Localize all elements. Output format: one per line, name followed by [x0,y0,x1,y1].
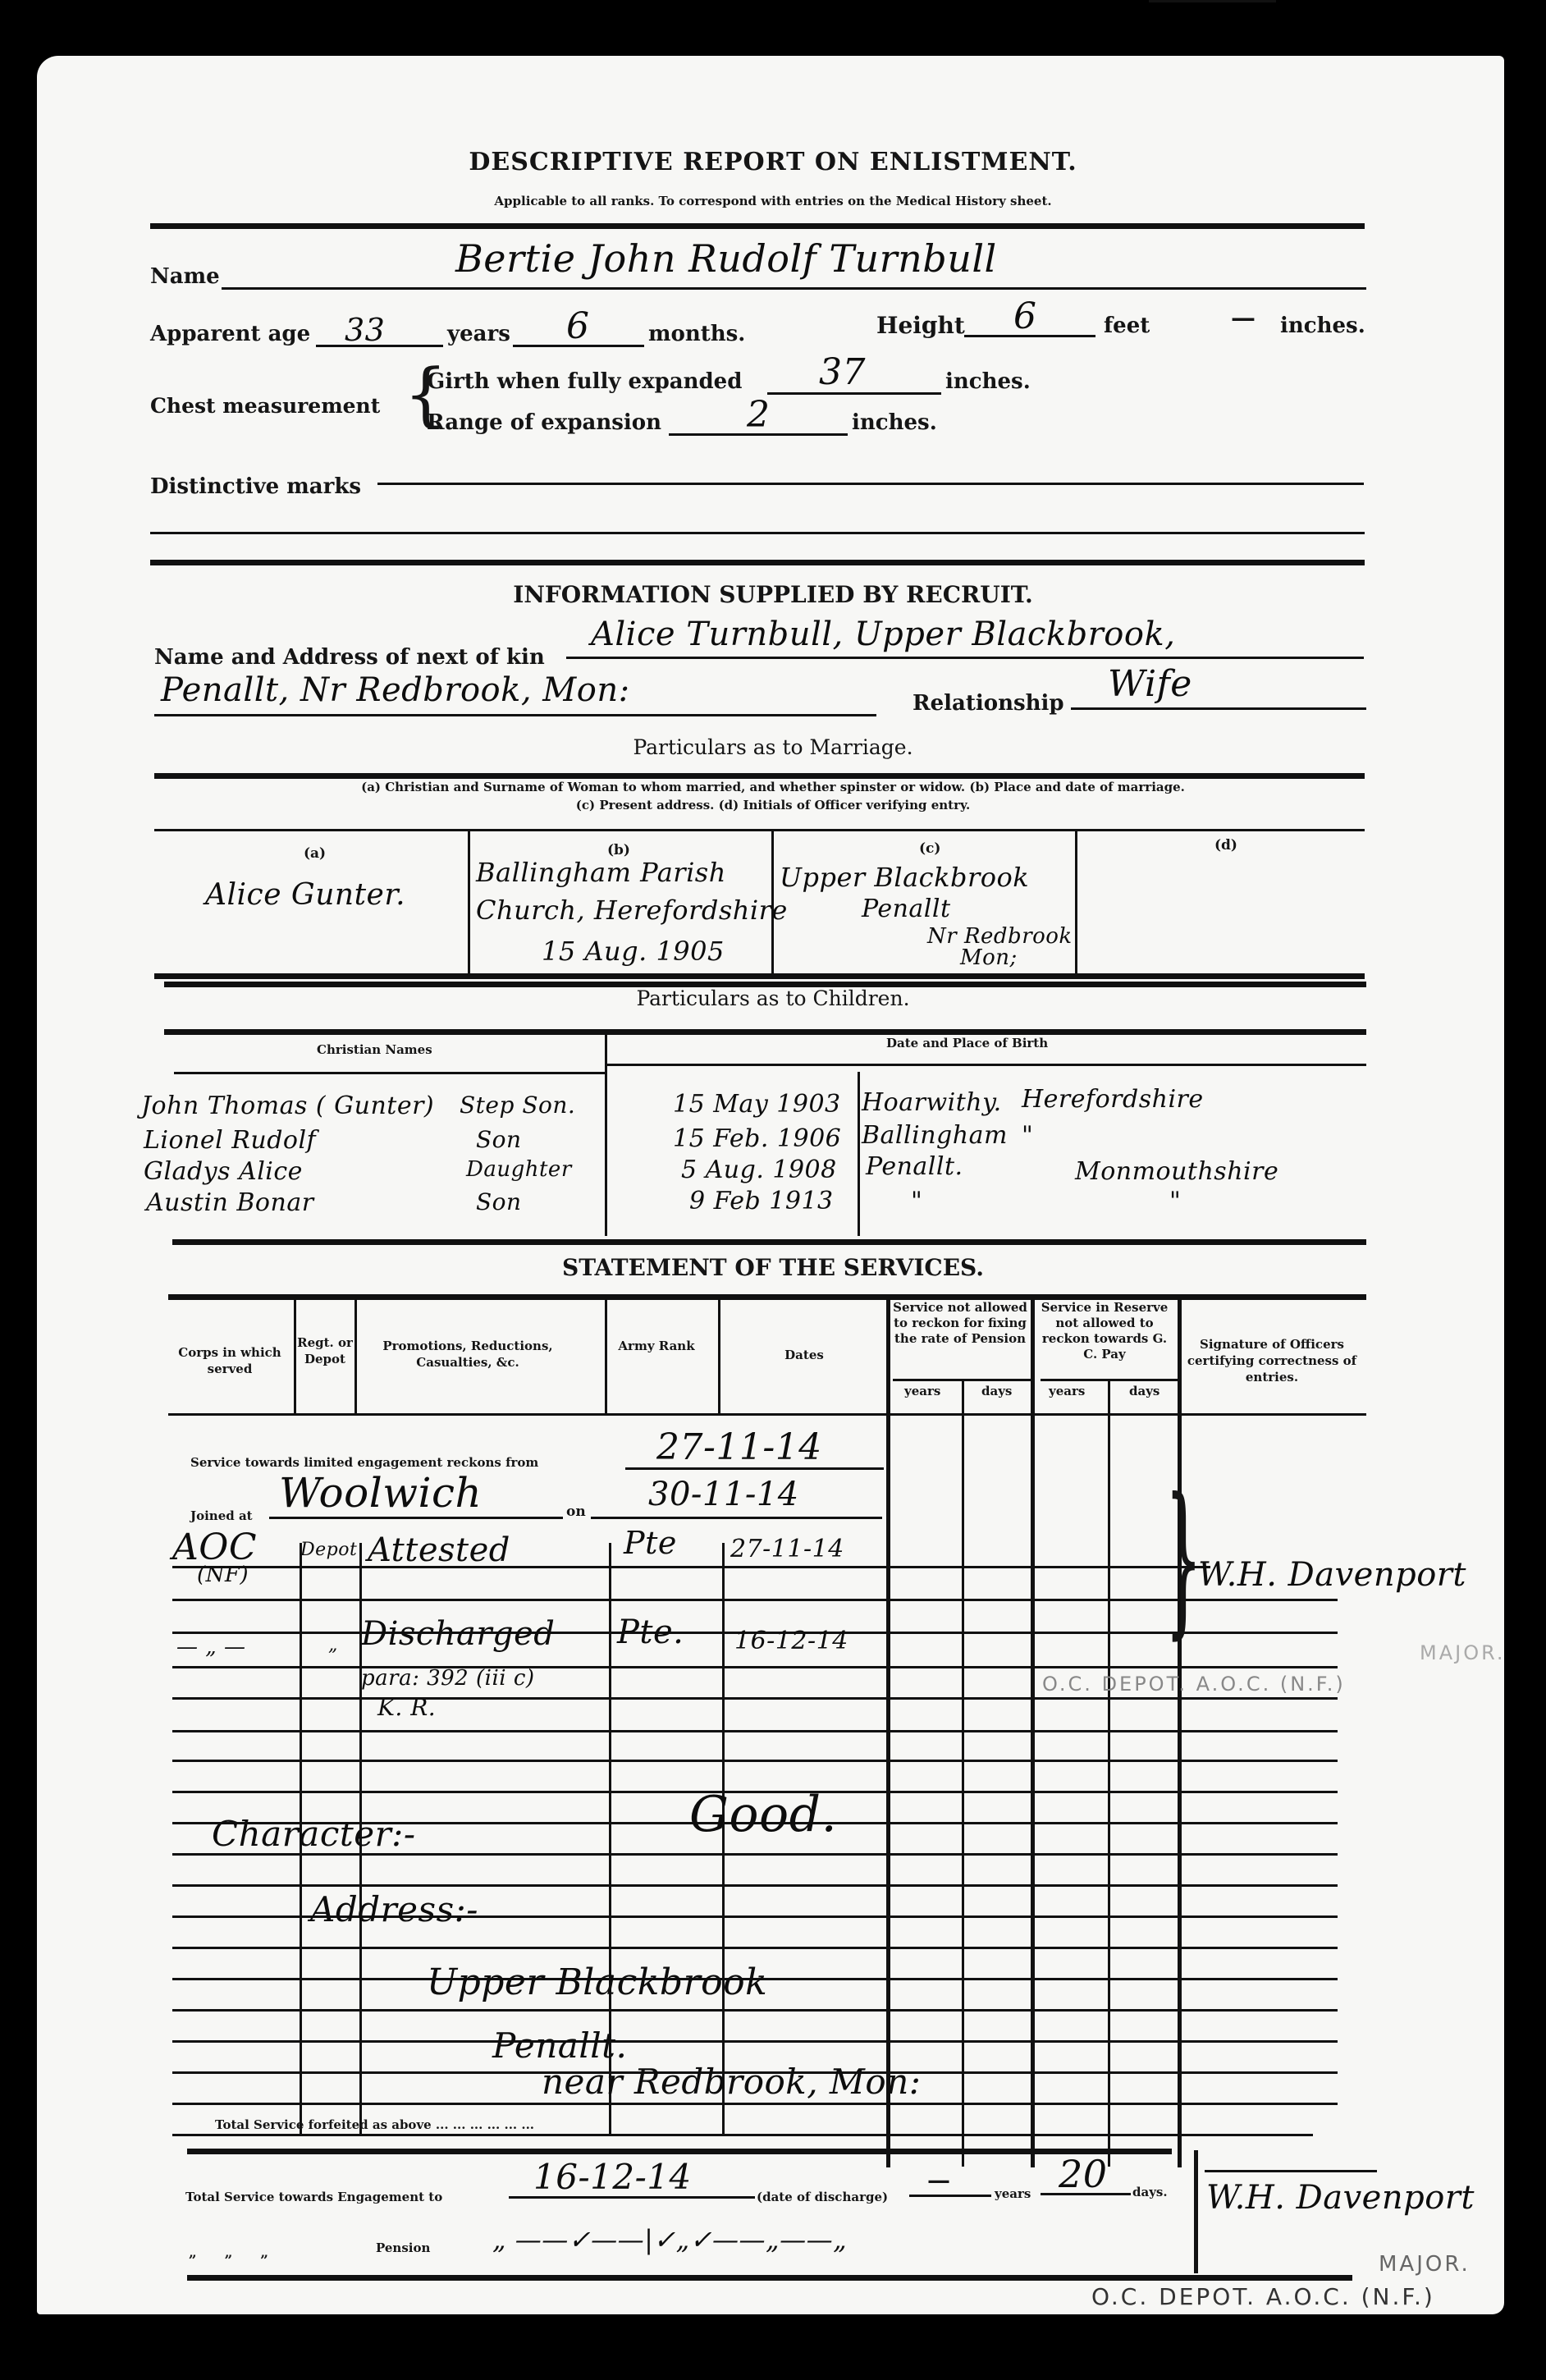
total-years-value: — [927,2167,950,2194]
child-2-name: Lionel Rudolf [144,1126,316,1155]
svc-row-line [172,2040,1338,2043]
children-col-divider [858,1072,860,1236]
services-table-top [168,1294,1366,1300]
col-corps: Corps in which served [168,1344,291,1377]
marriage-heading: Particulars as to Marriage. [0,735,1546,759]
svc-col-line [605,1297,607,1416]
days-label: days. [1132,2185,1168,2199]
col-gc-days: days [1129,1384,1159,1398]
entry-1-corps-sub: (NF) [197,1563,249,1587]
months-label: months. [648,322,745,346]
name-value: Bertie John Rudolf Turnbull [455,236,997,281]
distinctive-marks-line-1 [377,483,1364,485]
child-4-date: 9 Feb 1913 [689,1187,834,1215]
total-service-label: Total Service towards Engagement to [185,2190,442,2204]
joined-place-value: Woolwich [279,1469,482,1517]
child-2-place: Ballingham [862,1121,1008,1150]
marriage-date: 15 Aug. 1905 [542,936,725,967]
range-value: 2 [747,394,771,436]
officer-signature-2: W.H. Davenport [1206,2179,1475,2217]
pension-ditto: „ „ „ [189,2245,280,2261]
marriage-table-bottom [154,973,1365,979]
joined-label: Joined at [190,1508,253,1523]
marriage-col-c: (c) [919,840,940,857]
children-table-bottom [172,1239,1366,1245]
marriage-place-1: Ballingham Parish [476,857,726,888]
marriage-col-divider [468,831,470,974]
divider [150,223,1365,229]
services-heading: STATEMENT OF THE SERVICES. [0,1254,1546,1281]
joined-date-value: 30-11-14 [648,1476,799,1513]
col-pension-days: days [981,1384,1012,1398]
col-pension-years: years [904,1384,940,1398]
svc-row-line [172,2103,1338,2105]
children-col-names: Christian Names [317,1042,432,1057]
apparent-age-label: Apparent age [150,322,310,346]
svc-row-line [172,1599,1338,1601]
distinctive-marks-label: Distinctive marks [150,474,361,499]
entry-2-event-kr: K. R. [377,1694,436,1721]
svc-row-line [172,1947,1338,1949]
child-2-date: 15 Feb. 1906 [673,1124,841,1153]
stamp-1-unit: O.C. DEPOT. A.O.C. (N.F.) [1042,1673,1346,1696]
inches-label: inches. [1280,314,1365,338]
children-heading: Particulars as to Children. [0,986,1546,1010]
marriage-wife-name: Alice Gunter. [205,878,405,912]
child-1-name: John Thomas ( Gunter) [141,1092,434,1120]
entry-2-event-ref: para: 392 (iii c) [361,1666,535,1691]
marriage-table-top [154,829,1365,831]
col-not-pension: Service not allowed to reckon for fixing… [890,1300,1030,1347]
recruit-info-heading: INFORMATION SUPPLIED BY RECRUIT. [0,581,1546,608]
child-4-county: " [1169,1187,1181,1215]
marriage-col-d: (d) [1214,837,1237,854]
marriage-col-b: (b) [607,842,630,858]
character-label: Character:- [212,1814,416,1854]
address-line-1: Upper Blackbrook [427,1961,767,2003]
relationship-value: Wife [1108,663,1192,705]
brace-icon [1194,2150,1198,2273]
years-label: years [995,2186,1031,2201]
stamp-2-rank: MAJOR. [1379,2252,1471,2277]
child-4-relation: Son [476,1188,522,1215]
address-line-2: Penallt. [492,2025,627,2066]
svc-row-line [172,1566,1210,1568]
address-line-3: near Redbrook, Mon: [542,2062,921,2102]
officer-signature-1: W.H. Davenport [1198,1556,1466,1594]
total-date-value: 16-12-14 [533,2157,692,2197]
form-subtitle: Applicable to all ranks. To correspond w… [0,194,1546,208]
marriage-note-1: (a) Christian and Surname of Woman to wh… [0,780,1546,794]
marriage-address-1: Upper Blackbrook [780,862,1029,893]
child-2-county: " [1022,1121,1033,1150]
form-title: DESCRIPTIVE REPORT ON ENLISTMENT. [0,148,1546,176]
col-not-gc: Service in Reserve not allowed to reckon… [1034,1300,1175,1362]
pension-value: „ ——✓——|✓„✓——„——„ [492,2224,847,2255]
entry-1-date: 27-11-14 [730,1535,844,1563]
child-3-name: Gladys Alice [144,1157,303,1186]
svc-col-line [1108,1379,1110,2167]
child-4-place: " [911,1187,922,1215]
services-header-bottom [168,1413,1366,1416]
marriage-address-4: Mon; [960,945,1018,970]
entry-2-rank: Pte. [617,1613,684,1651]
svc-row-line [172,1884,1338,1887]
marriage-note-2: (c) Present address. (d) Initials of Off… [0,798,1546,812]
divider [187,2275,1352,2281]
marriage-col-a: (a) [304,845,326,862]
col-signature: Signature of Officers certifying correct… [1186,1336,1358,1385]
svc-row-line [172,1730,1338,1732]
entry-2-event: Discharged [361,1615,555,1653]
pension-label: Pension [376,2240,430,2255]
svc-row-line [172,2134,1313,2136]
relationship-label: Relationship [913,691,1064,716]
height-inches-line [1149,0,1276,2]
marriage-address-2: Penallt [862,895,951,923]
children-col-divider [605,1031,607,1236]
svc-row-line [172,1697,1338,1700]
child-3-county: Monmouthshire [1075,1157,1278,1186]
address-label: Address:- [310,1889,478,1929]
feet-label: feet [1104,314,1150,338]
divider [154,773,1365,779]
distinctive-marks-line-2 [150,532,1365,534]
child-3-place: Penallt. [866,1152,963,1181]
col-promotions: Promotions, Reductions, Casualties, &c. [361,1338,574,1371]
height-feet-value: 6 [1013,295,1037,337]
svc-col-line [718,1297,720,1416]
children-col-birth: Date and Place of Birth [886,1036,1048,1050]
on-label: on [566,1504,586,1520]
name-line [222,287,1366,290]
forfeited-label: Total Service forfeited as above ... ...… [215,2117,534,2132]
svc-col-line [294,1297,296,1416]
stamp-2-unit: O.C. DEPOT. A.O.C. (N.F.) [1091,2283,1435,2310]
height-inches-value: — [1231,304,1256,332]
years-label: years [447,322,510,346]
divider [187,2149,1172,2154]
divider [150,560,1365,565]
entry-2-regt: „ [328,1635,338,1655]
joined-place-line [269,1517,563,1519]
entry-2-date: 16-12-14 [734,1627,848,1655]
girth-value: 37 [819,351,866,393]
child-1-date: 15 May 1903 [673,1090,841,1119]
children-table-top [164,1029,1366,1035]
entry-1-event: Attested [368,1531,510,1569]
next-of-kin-line-2 [154,714,876,716]
children-header-line [607,1064,1366,1066]
age-months-value: 6 [566,305,590,347]
entry-1-regt: Depot [300,1540,357,1560]
range-label: Range of expansion [427,410,661,435]
name-label: Name [150,264,220,289]
character-value: Good. [689,1786,837,1843]
child-4-name: Austin Bonar [146,1188,314,1217]
stamp-1-rank: MAJOR. [1420,1641,1506,1664]
total-days-value: 20 [1059,2152,1108,2196]
range-unit: inches. [852,410,937,435]
next-of-kin-line-2-value: Penallt, Nr Redbrook, Mon: [161,671,630,709]
entry-1-rank: Pte [624,1525,677,1561]
marriage-col-divider [1075,831,1077,974]
child-3-date: 5 Aug. 1908 [681,1156,837,1184]
child-1-county: Herefordshire [1022,1085,1204,1114]
child-3-relation: Daughter [466,1157,572,1182]
col-regt: Regt. or Depot [297,1334,353,1367]
next-of-kin-label: Name and Address of next of kin [154,645,545,670]
entry-2-corps: — „ — [176,1635,246,1659]
svc-col-line [962,1379,964,2167]
girth-label: Girth when fully expanded [427,369,742,394]
reckons-label: Service towards limited engagement recko… [190,1455,538,1470]
reckons-value: 27-11-14 [656,1426,822,1468]
col-gc-years: years [1049,1384,1085,1398]
svc-col-line [354,1297,357,1416]
child-1-relation: Step Son. [460,1092,575,1119]
joined-date-line [591,1517,882,1519]
relationship-line [1071,707,1366,710]
age-years-value: 33 [345,312,385,348]
signature-line [1205,2170,1377,2172]
child-1-place: Hoarwithy. [862,1088,1002,1117]
brace-icon: } [1165,1477,1202,1641]
svc-row-line [172,1760,1338,1762]
total-years-line [909,2195,991,2197]
next-of-kin-line-1 [566,657,1364,659]
children-header-line [174,1072,605,1074]
height-label: Height [876,312,965,339]
girth-unit: inches. [945,369,1031,394]
date-of-discharge-label: (date of discharge) [757,2190,888,2204]
col-rank: Army Rank [611,1338,702,1354]
col-dates: Dates [730,1348,878,1362]
svc-row-line [172,2009,1338,2012]
next-of-kin-line-1-value: Alice Turnbull, Upper Blackbrook, [591,616,1175,653]
marriage-place-2: Church, Herefordshire [476,895,788,926]
child-2-relation: Son [476,1126,522,1153]
chest-measurement-label: Chest measurement [150,394,380,418]
svc-row-line [172,1666,1338,1668]
